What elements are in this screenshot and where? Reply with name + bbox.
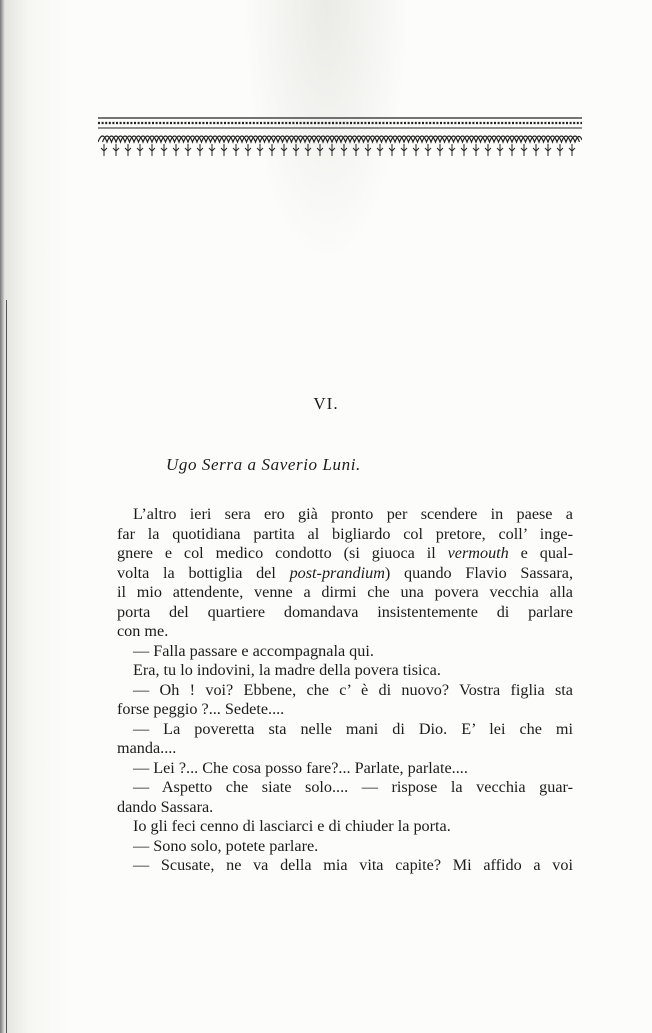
text-line: Era, tu lo indovini, la madre della pove…: [117, 661, 573, 681]
text-line: gnere e col medico condotto (si giuoca i…: [117, 544, 573, 564]
text-line: — Aspetto che siate solo.... — rispose l…: [117, 778, 573, 798]
book-page: VI. Ugo Serra a Saverio Luni. L’altro ie…: [0, 0, 652, 1033]
text-line: far la quotidiana partita al bigliardo c…: [117, 525, 573, 545]
decorative-headband-border-icon: [98, 116, 582, 162]
italic-term: vermouth: [448, 544, 509, 562]
text-line: — Oh ! voi? Ebbene, che c’ è di nuovo? V…: [117, 681, 573, 701]
text-line: manda....: [117, 739, 573, 759]
text-line: volta la bottiglia del post-prandium) qu…: [117, 564, 573, 584]
page-spine-edge: [0, 0, 5, 1033]
text-line: porta del quartiere domandava insistente…: [117, 603, 573, 623]
text-line: L’altro ieri sera ero già pronto per sce…: [117, 505, 573, 525]
text-line: — La poveretta sta nelle mani di Dio. E’…: [117, 720, 573, 740]
text-line: — Scusate, ne va della mia vita capite? …: [117, 856, 573, 876]
body-text: L’altro ieri sera ero già pronto per sce…: [117, 505, 573, 876]
text-line: Io gli feci cenno di lasciarci e di chiu…: [117, 817, 573, 837]
text-line: forse peggio ?... Sedete....: [117, 700, 573, 720]
text-line: — Lei ?... Che cosa posso fare?... Parla…: [117, 759, 573, 779]
chapter-number: VI.: [0, 394, 652, 414]
text-line: — Sono solo, potete parlare.: [117, 837, 573, 857]
italic-term: post-prandium: [290, 564, 385, 582]
text-line: dando Sassara.: [117, 798, 573, 818]
text-line: — Falla passare e accompagnala qui.: [117, 642, 573, 662]
letter-heading: Ugo Serra a Saverio Luni.: [166, 455, 361, 475]
text-line: il mio attendente, venne a dirmi che una…: [117, 583, 573, 603]
text-line: con me.: [117, 622, 573, 642]
